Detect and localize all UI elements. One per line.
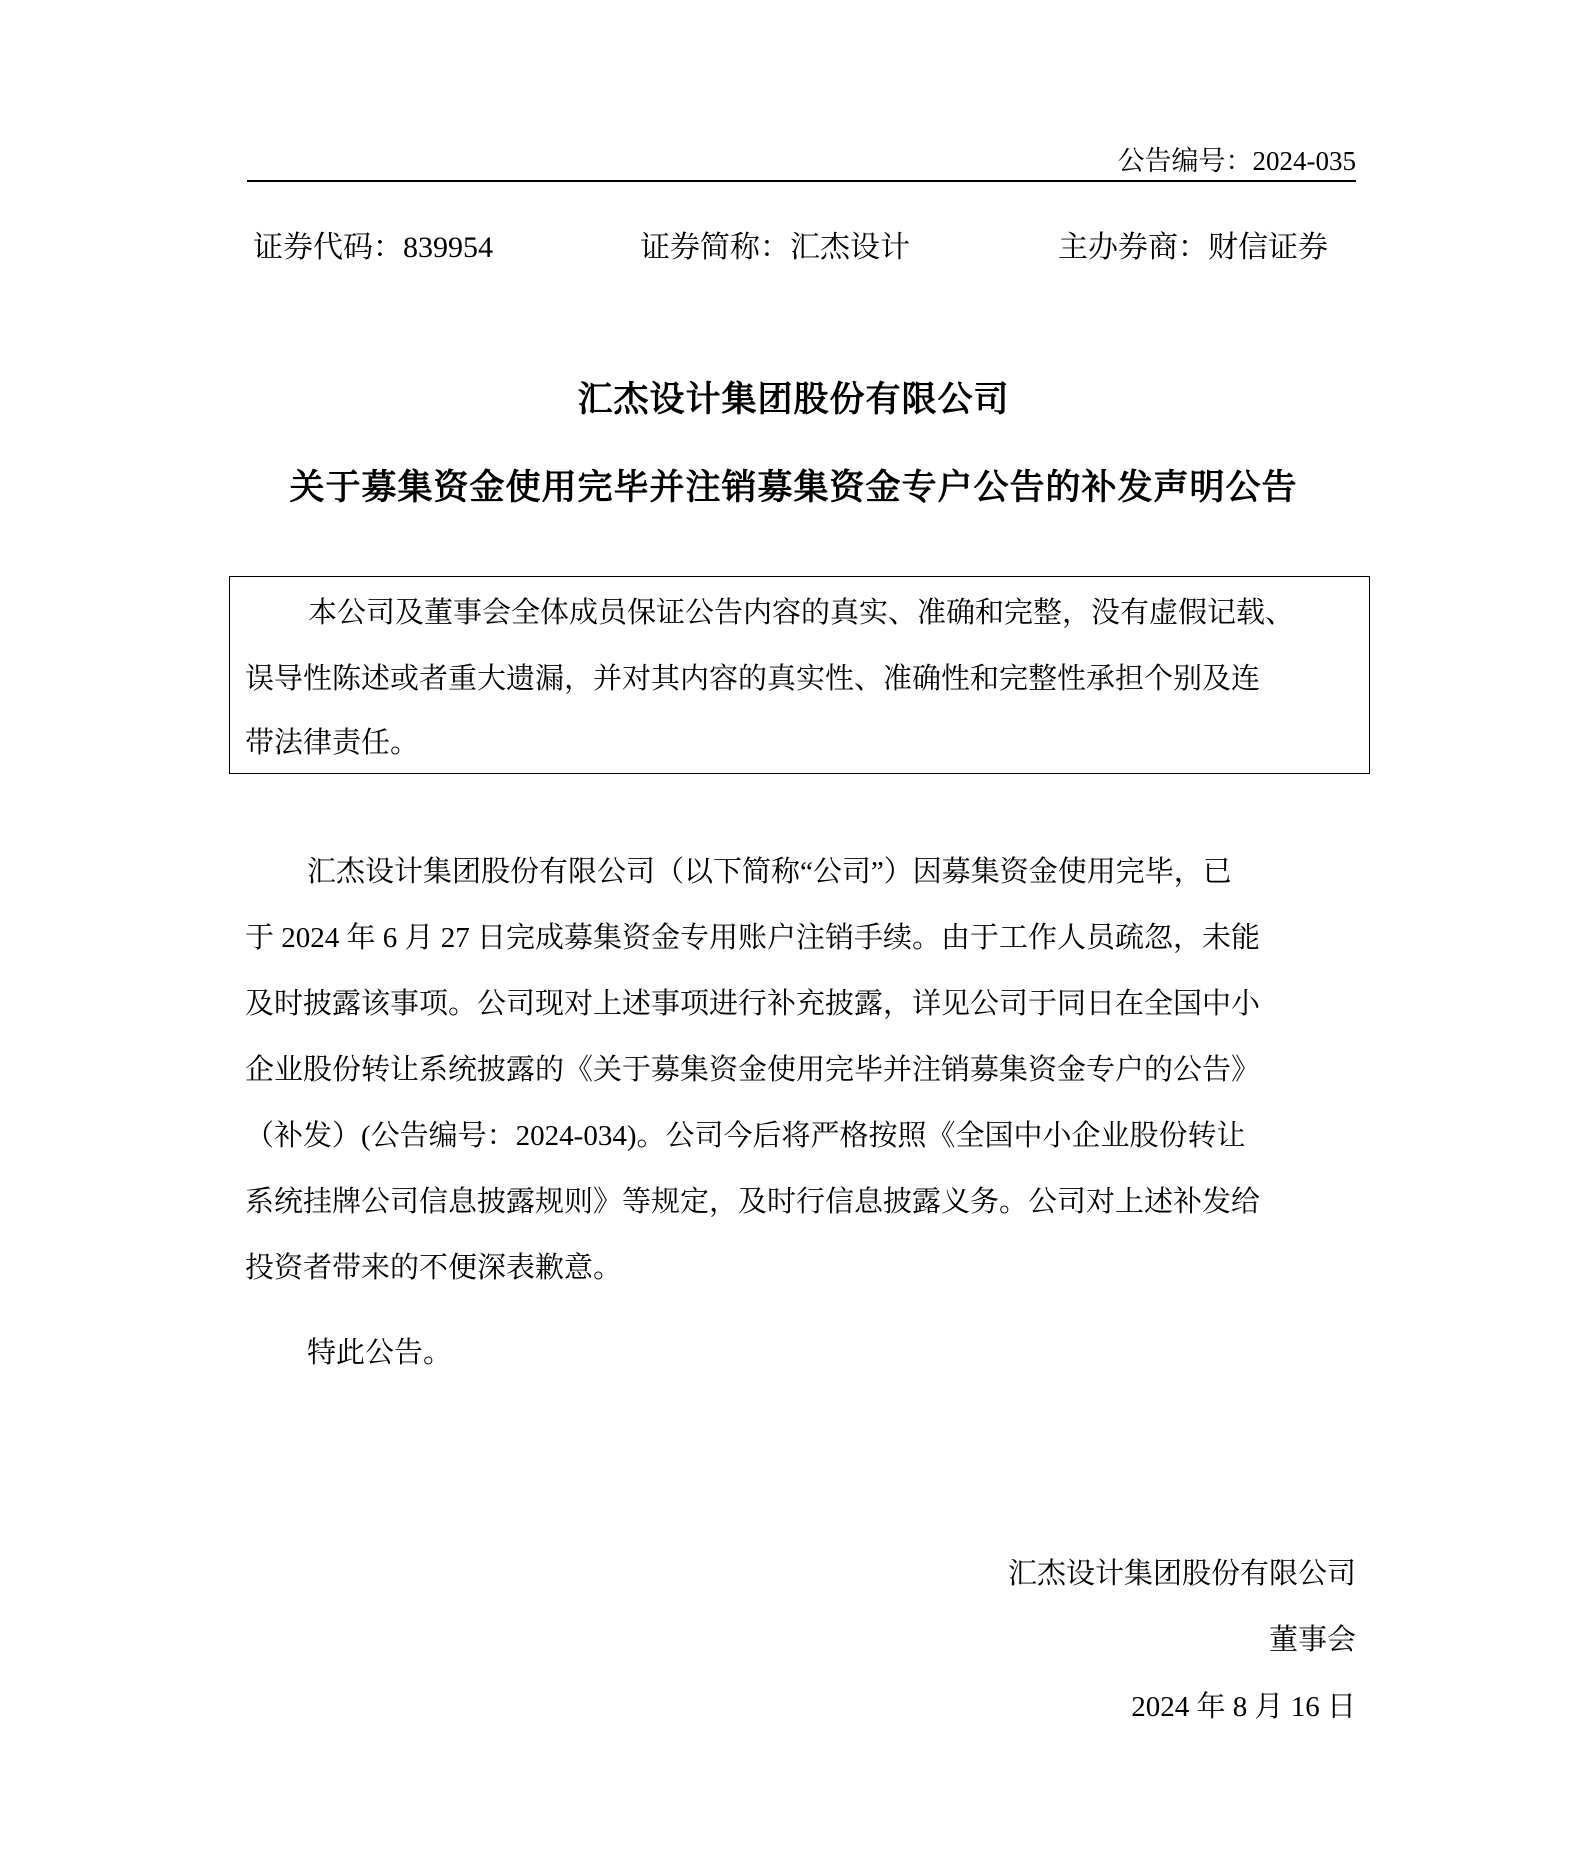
declaration-line: 带法律责任。 [245,724,419,762]
sponsor-broker: 主办券商：财信证券 [1058,228,1328,268]
body-line: 企业股份转让系统披露的《关于募集资金使用完毕并注销募集资金专户的公告》 [245,1051,1260,1089]
declaration-box: 本公司及董事会全体成员保证公告内容的真实、准确和完整，没有虚假记载、 误导性陈述… [229,576,1370,774]
signature-board: 董事会 [1269,1621,1356,1659]
closing-statement: 特此公告。 [307,1334,452,1372]
title-company-name: 汇杰设计集团股份有限公司 [0,378,1587,422]
body-line: 系统挂牌公司信息披露规则》等规定，及时行信息披露义务。公司对上述补发给 [245,1183,1260,1221]
body-line: （补发）(公告编号：2024-034)。公司今后将严格按照《全国中小企业股份转让 [245,1117,1245,1155]
body-line: 于 2024 年 6 月 27 日完成募集资金专用账户注销手续。由于工作人员疏忽… [245,919,1260,957]
body-line: 汇杰设计集团股份有限公司（以下简称“公司”）因募集资金使用完毕，已 [307,853,1232,891]
declaration-line: 误导性陈述或者重大遗漏，并对其内容的真实性、准确性和完整性承担个别及连 [245,660,1260,698]
signature-date: 2024 年 8 月 16 日 [1131,1688,1356,1726]
title-subject: 关于募集资金使用完毕并注销募集资金专户公告的补发声明公告 [0,466,1587,510]
header-divider [247,180,1356,182]
announcement-page: 公告编号：2024-035 证券代码：839954 证券简称：汇杰设计 主办券商… [0,0,1587,1858]
signature-company: 汇杰设计集团股份有限公司 [1008,1555,1356,1593]
announcement-number: 公告编号：2024-035 [1118,144,1357,178]
securities-code: 证券代码：839954 [253,228,493,268]
body-line: 投资者带来的不便深表歉意。 [245,1249,622,1287]
securities-abbreviation: 证券简称：汇杰设计 [640,228,910,268]
declaration-line: 本公司及董事会全体成员保证公告内容的真实、准确和完整，没有虚假记载、 [308,594,1294,632]
body-line: 及时披露该事项。公司现对上述事项进行补充披露，详见公司于同日在全国中小 [245,985,1260,1023]
